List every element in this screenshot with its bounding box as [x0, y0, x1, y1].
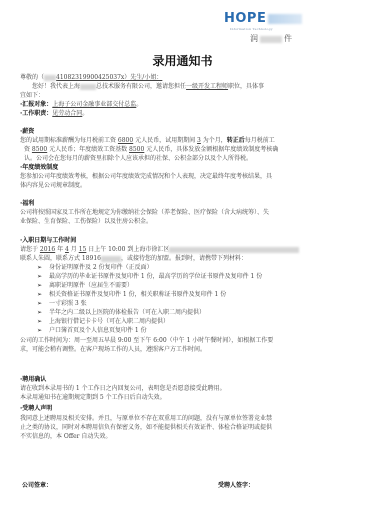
- declaration-line-1: 我同意上述聘用及相关安排。并且，与原单位不存在双重用工的问题，没有与原单位签署竞…: [20, 415, 272, 423]
- material-text: 户口簿首页及个人信息页复印件 1 份: [49, 327, 147, 334]
- bullet-arrow-icon: ➢: [37, 327, 49, 335]
- performance-line-2: 体内容见公司规章制度。: [20, 182, 86, 190]
- logo-redacted: [268, 14, 302, 24]
- material-item: ➢上海银行借记卡卡号（可在入职二周内提供）: [37, 318, 169, 326]
- text: 每月税前工: [245, 137, 275, 144]
- text: 元人民币；年度绩效工资基数: [47, 146, 129, 153]
- recipient-id: 41082319900425037x: [44, 74, 124, 81]
- bullet-arrow-icon: ➢: [37, 282, 49, 290]
- material-text: 身份证明原件及 2 份复印件（正反面）: [49, 264, 153, 271]
- punct: 。: [136, 101, 142, 108]
- text: 资: [24, 146, 32, 153]
- bullet-arrow-icon: ➢: [37, 273, 49, 281]
- bullet-arrow-icon: ➢: [37, 300, 49, 308]
- material-text: 上海银行借记卡卡号（可在入职二周内提供）: [49, 318, 169, 325]
- employee-signature-label: 受聘人签字：: [218, 480, 254, 489]
- logo-subtitle: Information Technology: [230, 27, 273, 31]
- text: 请您于: [20, 246, 40, 253]
- text: 月: [69, 246, 79, 253]
- duty-label: ·工作职责：: [20, 110, 52, 117]
- declaration-line-3: 不实信息的，本 Offer 自动失效。: [20, 433, 111, 441]
- redacted-company: [80, 84, 96, 90]
- job-position: 一级开发工程师: [186, 83, 228, 90]
- material-item: ➢身份证明原件及 2 份复印件（正反面）: [37, 264, 153, 272]
- report-to: ·汇报对象：上海子公司金融事业部交付总监。: [20, 101, 142, 109]
- intro-b: 总技术服务有限公司，邀请您担任: [96, 83, 186, 90]
- onboarding-heading: ·入职日期与工作时间: [20, 237, 76, 245]
- report-to-value: 上海子公司金融事业部交付总监: [52, 101, 136, 108]
- redacted-name: [44, 75, 56, 81]
- page-title: 录用通知书: [0, 52, 365, 69]
- intro-a: 您好！我代表上海: [32, 83, 80, 90]
- company-seal-label: 公司签章：: [22, 480, 52, 489]
- material-text: 离职证明原件（应届生不需要）: [49, 282, 133, 289]
- text: 日上午 10:00 到上海市徐汇区: [86, 246, 169, 253]
- job-duty: ·工作职责：见劳动合同。: [20, 110, 88, 118]
- material-text: 半年之内二级以上医院的体检报告（可在入职二周内提供）: [49, 309, 205, 316]
- text: 您的试用期标准薪酬为每月税前工资: [20, 137, 118, 144]
- salary-line-2: 资 8500 元人民币；年度绩效工资基数 8500 元人民币，具体发放金额根据年…: [24, 146, 278, 154]
- offer-letter-page: HOPE Information Technology 润 件 录用通知书 尊敬…: [0, 0, 365, 517]
- bullet-arrow-icon: ➢: [37, 264, 49, 272]
- redacted-phone: [101, 256, 121, 262]
- declaration-heading: ·受聘人声明: [20, 405, 52, 413]
- bullet-arrow-icon: ➢: [37, 318, 49, 326]
- welfare-heading: ·福利: [20, 200, 34, 208]
- logo-cn-right: 件: [284, 33, 292, 44]
- text: 元人民币，具体发放金额根据年度绩效制度考核确: [144, 146, 278, 153]
- material-text: 最高学历的毕业证书原件及复印件 1 份，最高学历的学位证书原件及复印件 1 份: [49, 273, 262, 280]
- bullet-arrow-icon: ➢: [37, 309, 49, 317]
- salary-line-1: 您的试用期标准薪酬为每月税前工资 6800 元人民币，试用期期间 3 为个月，转…: [20, 137, 275, 145]
- text: ，或接待您的加盟。报到时，请携带下列材料：: [121, 255, 247, 262]
- material-item: ➢半年之内二级以上医院的体检报告（可在入职二周内提供）: [37, 309, 205, 317]
- greeting-prefix: 尊敬的（: [20, 74, 44, 81]
- performance-line-1: 您参加公司年度绩效考核，根据公司年度绩效完成情况和个人表现，决定最终年度考核结果…: [20, 173, 272, 181]
- duty-value: 见劳动合同: [52, 110, 82, 117]
- regular-pay: 8500: [32, 146, 47, 153]
- bullet-arrow-icon: ➢: [37, 291, 49, 299]
- confirm-heading: ·聘用确认: [20, 376, 46, 384]
- welfare-line-2: 业保险、生育保险、工伤保险）以及住房公积金。: [20, 218, 152, 226]
- material-text: 一寸彩照 3 张: [49, 300, 87, 307]
- punct: 。: [82, 110, 88, 117]
- confirm-line-2: 本录用通知书在逾期规定期到 5 个工作日后自动失效。: [20, 394, 166, 402]
- salary-heading: ·薪资: [20, 128, 34, 136]
- work-hours-line-2: 求，可能会稍有调整。在客户现场工作的人员，遵照客户方工作时间。: [20, 346, 206, 354]
- material-item: ➢相关资格证书原件及复印件 1 份，相关职称证书原件及复印件 1 份: [37, 291, 226, 299]
- material-item: ➢户口簿首页及个人信息页复印件 1 份: [37, 327, 147, 335]
- logo-cn-redacted: [260, 36, 282, 43]
- id-number: 41082319900425037x: [56, 74, 124, 81]
- intro-c: 职位，具体事: [228, 83, 264, 90]
- intro-line: 您好！我代表上海总技术服务有限公司，邀请您担任一级开发工程师职位，具体事: [32, 83, 264, 91]
- probation-pay: 6800: [118, 137, 133, 144]
- onboarding-line-1: 请您于 2016 年 4 月 15 日上午 10:00 到上海市徐汇区: [20, 246, 299, 254]
- company-logo: HOPE Information Technology 润 件: [222, 10, 304, 50]
- work-hours-line-1: 公司的工作时间为：周一至周五早晨 9:00 至下午 6:00（中午 1 小时午餐…: [20, 337, 273, 345]
- material-item: ➢一寸彩照 3 张: [37, 300, 87, 308]
- text: 年: [55, 246, 65, 253]
- confirm-line-1: 请在收到本录用书的 1 个工作日之内回复公司，表明您是否愿意接受此聘用。: [20, 385, 226, 393]
- performance-heading: ·年度绩效制度: [20, 164, 58, 172]
- intro-line-2: 宜如下：: [20, 92, 44, 100]
- text: 元人民币，试用期期间: [133, 137, 197, 144]
- material-item: ➢最高学历的毕业证书原件及复印件 1 份，最高学历的学位证书原件及复印件 1 份: [37, 273, 262, 281]
- bonus-base: 8500: [129, 146, 144, 153]
- material-item: ➢离职证明原件（应届生不需要）: [37, 282, 133, 290]
- report-to-label: ·汇报对象：: [20, 101, 52, 108]
- logo-cn-left: 润: [250, 33, 258, 44]
- onboarding-line-2: 联系人朱圆，联系方式 18916，或接待您的加盟。报到时，请携带下列材料：: [20, 255, 247, 263]
- material-text: 相关资格证书原件及复印件 1 份，相关职称证书原件及复印件 1 份: [49, 291, 226, 298]
- redacted-address: [169, 247, 299, 253]
- text: 为个月，: [201, 137, 227, 144]
- logo-text: HOPE: [224, 12, 266, 26]
- text: 联系人朱圆，联系方式 18916: [20, 255, 101, 262]
- greeting-line: 尊敬的（41082319900425037x）先生/小姐：: [20, 74, 162, 82]
- welfare-line-1: 公司将按照国家及工作所在地规定为你缴纳社会保险（养老保险、医疗保险（含大病统筹）…: [20, 209, 269, 217]
- after-regularization: 转正后: [227, 137, 245, 144]
- greeting-suffix: ）先生/小姐：: [124, 74, 162, 81]
- start-year: 2016: [40, 246, 55, 253]
- declaration-line-2: 止之类的协议，同时对本聘用信负有保密义务，如不能提供相关有效证件、体检合格证明或…: [20, 424, 272, 432]
- salary-line-3: 认。公司会在您每月的薪资里扣除个人应该承担的社保、公积金部分以及个人所得税。: [24, 155, 252, 163]
